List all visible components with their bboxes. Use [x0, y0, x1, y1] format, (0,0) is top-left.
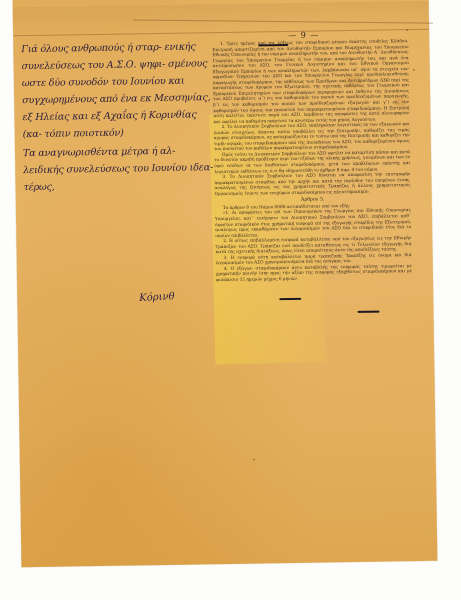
paper-spot — [253, 459, 255, 461]
handwritten-notes: Γιά όλους ανθρωπούς ή σταρ- ενικής συνελ… — [21, 38, 218, 196]
printed-paragraph: 1. Τρεις ημέρας πρό της λήξεως του σταφι… — [212, 39, 409, 125]
paper-spot — [413, 69, 415, 71]
printed-paragraph: 3. Το Διοικητικόν Συμβούλιον του ΑΣΟ δύν… — [214, 172, 410, 197]
ink-underline-mark — [279, 298, 301, 300]
printed-paragraph: Πρός τούτο το Διοικητικόν Συμβούλιον του… — [214, 150, 410, 175]
torn-top-edge — [13, 1, 429, 37]
paper-spot — [406, 29, 408, 31]
handwritten-paragraph: Τα αναγνωρισθέντα μέτρα ή αλ- λειδικής σ… — [23, 142, 219, 196]
scanned-document-page: — 9 — Γιά όλους ανθρωπούς ή σταρ- ενικής… — [13, 0, 438, 567]
page-number: — 9 — — [288, 30, 319, 39]
printed-legal-text: 1. Τρεις ημέρας πρό της λήξεως του σταφι… — [212, 39, 412, 284]
printed-paragraph: 2. Το Διοικητικόν Συμβούλιον του ΑΣΟ, εκ… — [214, 122, 410, 153]
ink-underline-mark — [358, 311, 380, 313]
handwritten-paragraph: Γιά όλους ανθρωπούς ή σταρ- ενικής συνελ… — [21, 38, 218, 143]
handwritten-signature: Κόρινθ — [139, 291, 175, 304]
article-paragraph: «1. Αι αποφάσεις του επί των Οικονομικών… — [215, 208, 411, 239]
article-paragraph: 4. Ο εξάγων σταφιδοκάρπον άνευ καταβολής… — [216, 264, 412, 284]
